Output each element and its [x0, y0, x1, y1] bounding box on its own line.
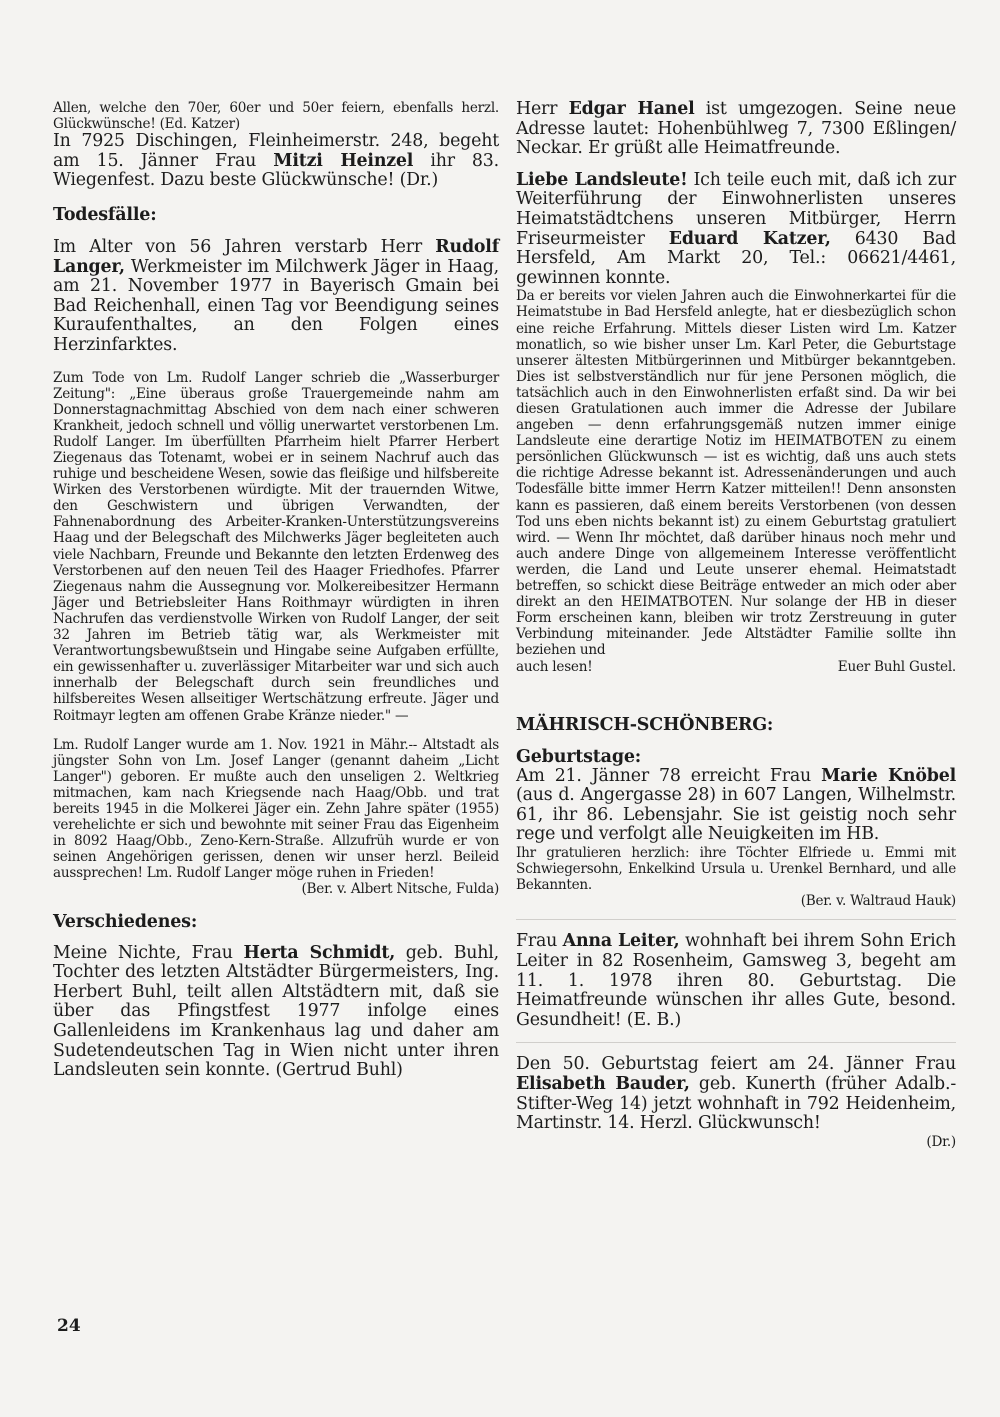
letter-closing: auch lesen! Euer Buhl Gustel.	[516, 659, 956, 675]
signature-hauk: (Ber. v. Waltraud Hauk)	[516, 893, 956, 909]
person-name: Edgar Hanel	[569, 99, 695, 119]
left-column: Allen, welche den 70er, 60er und 50er fe…	[53, 100, 499, 1081]
birthday-bauder: Den 50. Geburtstag feiert am 24. Jänner …	[516, 1055, 956, 1133]
page-number: 24	[57, 1316, 81, 1336]
newspaper-quote: Zum Tode von Lm. Rudolf Langer schrieb d…	[53, 370, 499, 724]
note-schmidt: Meine Nichte, Frau Herta Schmidt, geb. B…	[53, 944, 499, 1081]
heading-todesfaelle: Todesfälle:	[53, 205, 499, 225]
person-name: Herta Schmidt,	[243, 943, 395, 963]
heading-geburtstage: Geburtstage:	[516, 747, 956, 767]
congrats-paragraph: Allen, welche den 70er, 60er und 50er fe…	[53, 100, 499, 132]
biography-langer: Lm. Rudolf Langer wurde am 1. Nov. 1921 …	[53, 737, 499, 882]
signature-dr: (Dr.)	[516, 1134, 956, 1150]
signature-nitsche: (Ber. v. Albert Nitsche, Fulda)	[53, 881, 499, 897]
person-name: Elisabeth Bauder,	[516, 1074, 690, 1094]
person-name: Mitzi Heinzel	[273, 151, 413, 171]
divider	[516, 919, 956, 920]
signature-buhl: Euer Buhl Gustel.	[838, 659, 956, 675]
birthday-heinzel: In 7925 Dischingen, Fleinheimerstr. 248,…	[53, 132, 499, 191]
birthday-knoebel: Am 21. Jänner 78 erreicht Frau Marie Knö…	[516, 767, 956, 845]
birthday-leiter: Frau Anna Leiter, wohnhaft bei ihrem Soh…	[516, 932, 956, 1030]
person-name: Eduard Katzer,	[669, 229, 831, 249]
address-change-hanel: Herr Edgar Hanel ist umgezogen. Seine ne…	[516, 100, 956, 159]
heading-verschiedenes: Verschiedenes:	[53, 912, 499, 932]
congrats-knoebel: Ihr gratulieren herzlich: ihre Töchter E…	[516, 845, 956, 893]
person-name: Marie Knöbel	[821, 766, 956, 786]
divider	[516, 1042, 956, 1043]
heading-section-maehrisch-schoenberg: MÄHRISCH-SCHÖNBERG:	[516, 715, 956, 735]
person-name: Anna Leiter,	[563, 931, 680, 951]
letter-intro: Liebe Landsleute! Ich teile euch mit, da…	[516, 171, 956, 289]
letter-body: Da er bereits vor vielen Jahren auch die…	[516, 288, 956, 658]
right-column: Herr Edgar Hanel ist umgezogen. Seine ne…	[516, 100, 956, 1150]
obituary-langer: Im Alter von 56 Jahren verstarb Herr Rud…	[53, 238, 499, 356]
